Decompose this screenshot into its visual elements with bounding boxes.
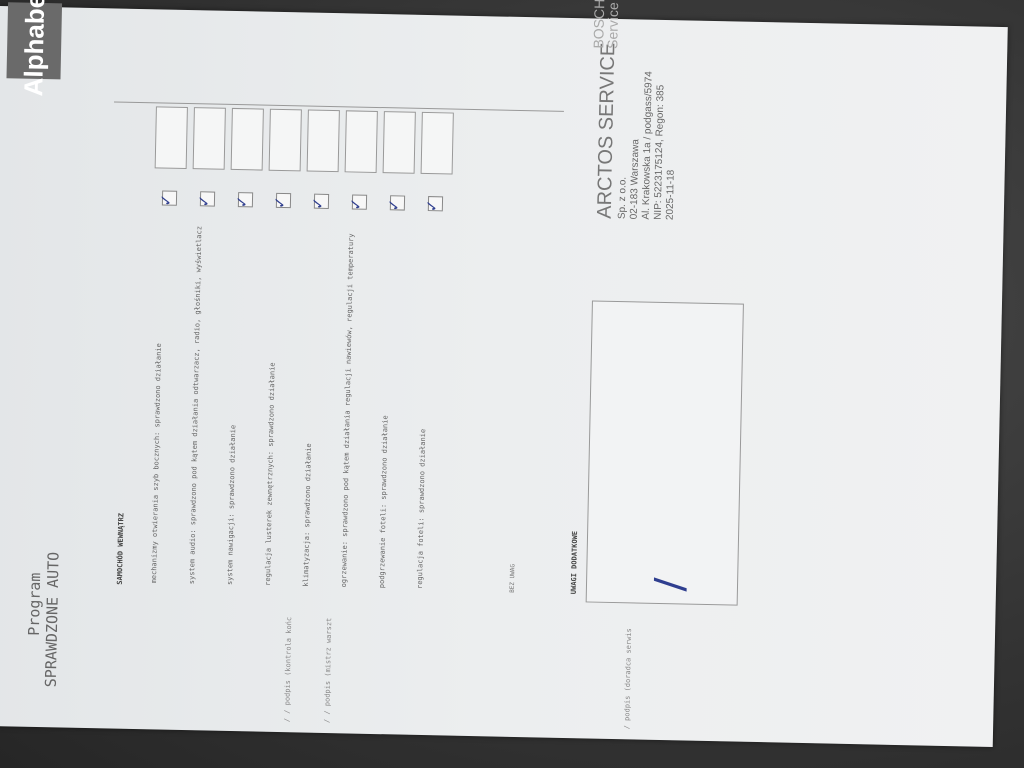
checkmark-icon: ✓ [233,195,251,208]
bosch-service-logo: BOSCH Service [591,0,620,49]
checklist-row: mechanizmy otwierania szyb bocznych: spr… [144,103,188,594]
checkmark-icon: ✓ [423,199,441,212]
section-title: SAMOCHÓD WEWNĄTRZ [116,513,125,585]
checklist-row: ogrzewanie: sprawdzono pod kątem działan… [334,107,378,598]
checklist-row: system audio: sprawdzono pod kątem dział… [182,104,226,595]
checkmark-icon: ✓ [309,197,327,210]
program-title: Program SPRAWDZONE AUTO [24,551,63,687]
checklist-checkbox[interactable]: ✓ [428,196,443,211]
checklist-note-field[interactable] [345,110,378,173]
checklist-checkbox[interactable]: ✓ [200,191,215,206]
checklist-row: regulacja lusterek zewnętrznych: sprawdz… [258,106,302,597]
column-header-ok: BEZ UWAG [509,564,517,593]
checklist-row: system nawigacji: sprawdzono działanie✓ [220,105,264,596]
checklist-item-label: ogrzewanie: sprawdzono pod kątem działan… [340,207,357,587]
alphabet-logo: Alphabet [6,2,62,79]
extra-notes-box[interactable]: / [586,301,744,606]
checklist-item-label: mechanizmy otwierania szyb bocznych: spr… [150,203,167,583]
checklist-note-field[interactable] [307,110,340,173]
form-page: Alphabet Program SPRAWDZONE AUTO SAMOCHÓ… [0,6,1008,747]
checklist-table: SAMOCHÓD WEWNĄTRZ BEZ UWAG UWAGI mechani… [104,101,564,601]
checklist-note-field[interactable] [155,106,188,169]
extra-notes-header: UWAGI DODATKOWE [570,531,579,594]
checklist-row: podgrzewanie foteli: sprawdzono działani… [372,108,416,599]
checkmark-icon: ✓ [157,194,175,207]
checklist-note-field[interactable] [383,111,416,174]
checklist-item-label: regulacja lusterek zewnętrznych: sprawdz… [264,206,281,586]
checkmark-icon: ✓ [347,198,365,211]
checklist-item-label: podgrzewanie foteli: sprawdzono działani… [378,208,395,588]
program-title-line2: SPRAWDZONE AUTO [42,552,63,688]
checklist-checkbox[interactable]: ✓ [276,193,291,208]
checklist-row: klimatyzacja: sprawdzono działanie✓ [296,106,340,597]
checkmark-icon: ✓ [271,196,289,209]
checklist-note-field[interactable] [231,108,264,171]
signature-master[interactable]: / / podpis (mistrz warszt [323,618,333,724]
inspection-form-paper: Alphabet Program SPRAWDZONE AUTO SAMOCHÓ… [0,6,1008,747]
handwritten-mark: / [647,577,693,591]
checklist-item-label: regulacja foteli: sprawdzono działanie [416,209,433,589]
checklist-checkbox[interactable]: ✓ [390,195,405,210]
signature-advisor[interactable]: / podpis (doradca serwis [623,628,633,729]
checklist-note-field[interactable] [421,112,454,175]
checklist-checkbox[interactable]: ✓ [238,192,253,207]
checklist-checkbox[interactable]: ✓ [162,190,177,205]
checklist-checkbox[interactable]: ✓ [352,194,367,209]
checkmark-icon: ✓ [195,195,213,208]
checklist-item-label: system nawigacji: sprawdzono działanie [226,205,243,585]
signature-control[interactable]: / / podpis (kontrola końc [283,617,293,723]
checklist-note-field[interactable] [193,107,226,170]
checklist-item-label: system audio: sprawdzono pod kątem dział… [188,204,205,584]
checklist-note-field[interactable] [269,109,302,172]
checklist-item-label: klimatyzacja: sprawdzono działanie [302,207,319,587]
checklist-row: regulacja foteli: sprawdzono działanie✓ [410,109,454,600]
checkmark-icon: ✓ [385,199,403,212]
company-stamp: ARCTOS SERVICE BOSCH Service Sp. z o.o. … [594,0,682,220]
checklist-checkbox[interactable]: ✓ [314,194,329,209]
